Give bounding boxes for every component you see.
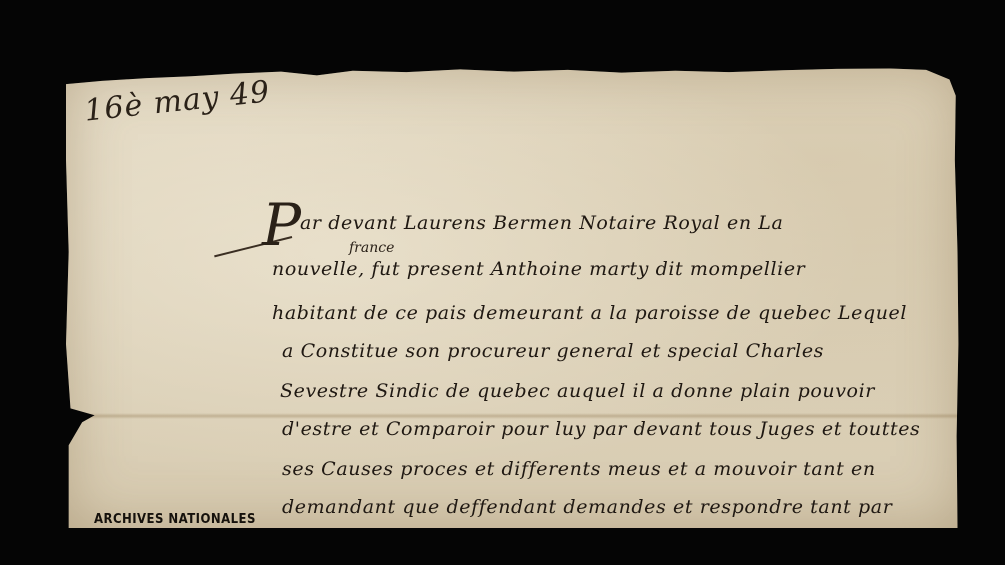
manuscript-line-2: nouvelle, fut present Anthoine marty dit… (272, 258, 805, 280)
interlinear-insert: france (349, 240, 394, 256)
initial-letter: P (262, 196, 301, 254)
manuscript-line-4: a Constitue son procureur general et spe… (282, 340, 824, 362)
manuscript-line-6: d'estre et Comparoir pour luy par devant… (282, 418, 920, 440)
bottom-border (0, 528, 1005, 565)
document-viewer: 16è may 49 P france ar devant Laurens Be… (0, 0, 1005, 565)
manuscript-line-3: habitant de ce pais demeurant a la paroi… (272, 302, 907, 324)
manuscript-line-1: ar devant Laurens Bermen Notaire Royal e… (300, 212, 783, 234)
manuscript-line-7: ses Causes proces et differents meus et … (282, 458, 876, 480)
manuscript-line-5: Sevestre Sindic de quebec auquel il a do… (280, 380, 875, 402)
archives-stamp: ARCHIVES NATIONALES (94, 512, 256, 527)
manuscript-line-8: demandant que deffendant demandes et res… (282, 496, 892, 518)
